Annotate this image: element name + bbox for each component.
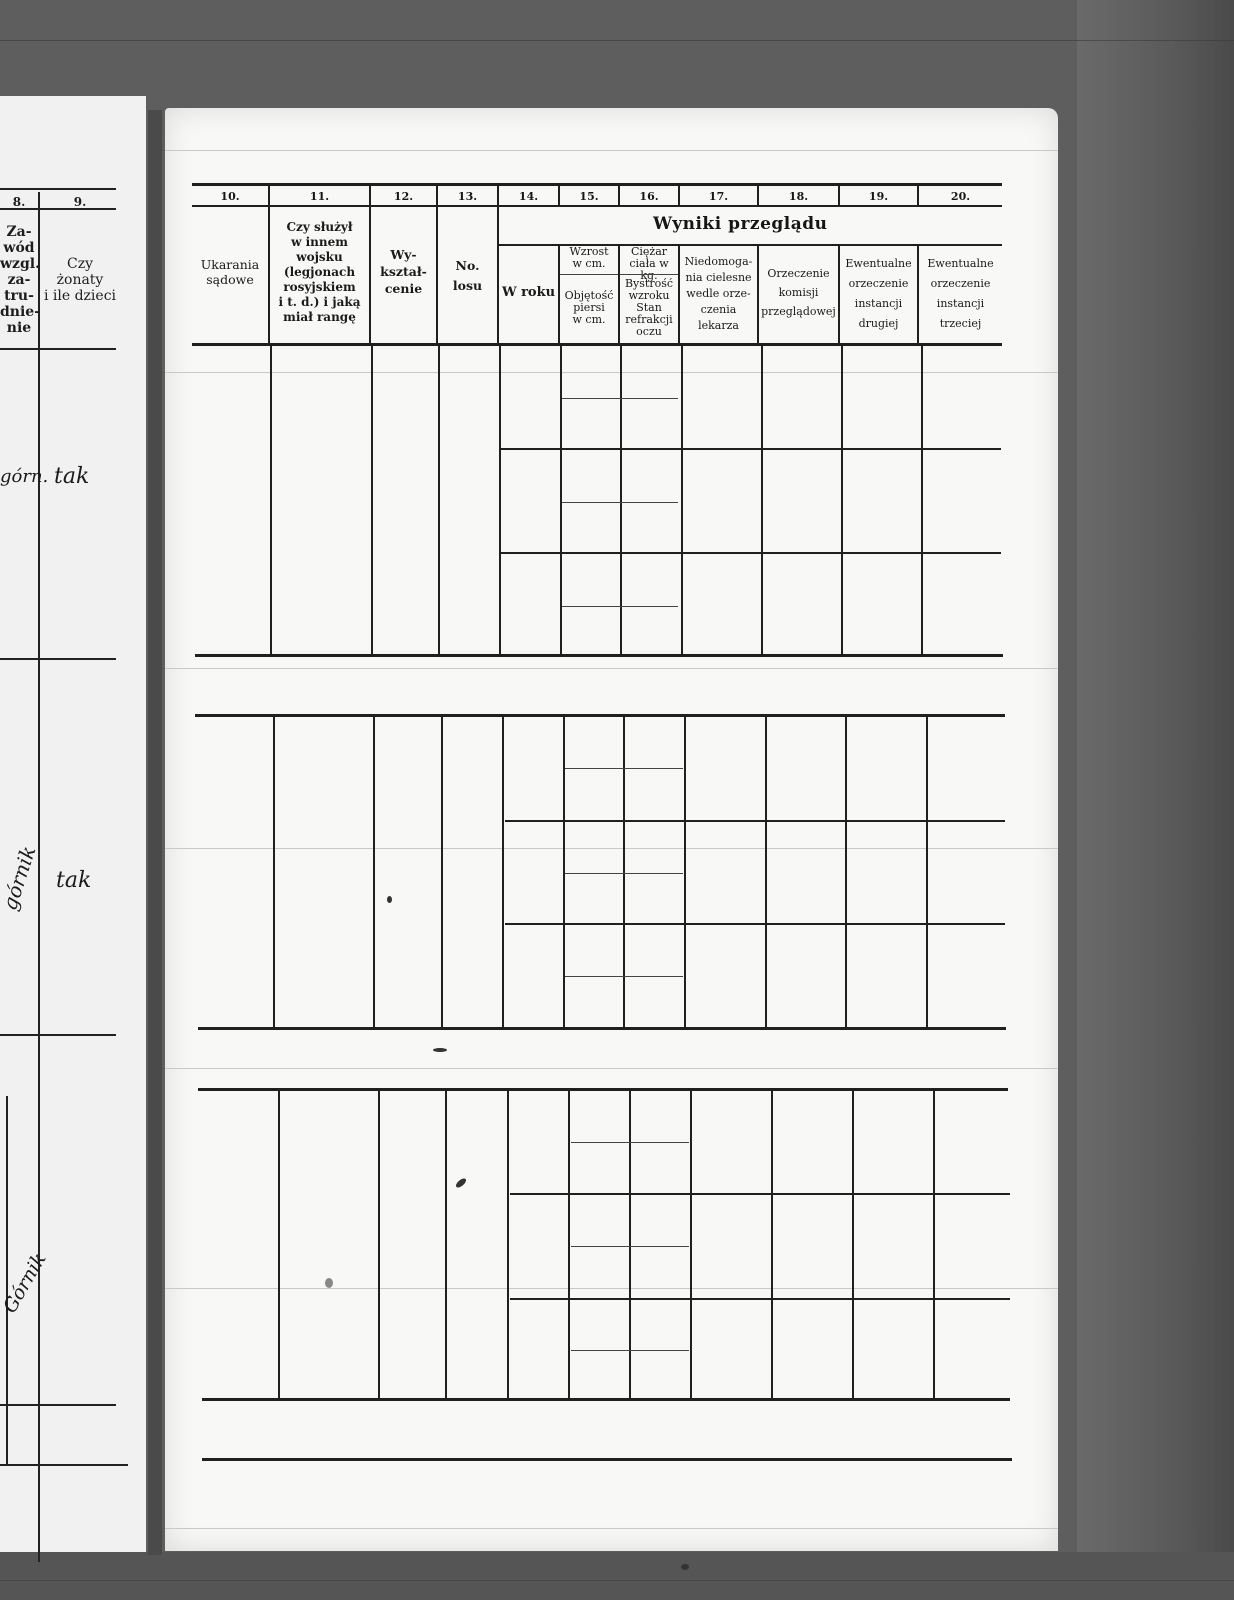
header-top-rule [192,183,1002,186]
scanner-background-right [1077,0,1234,1600]
column-divider [499,346,501,654]
column-divider [852,1091,854,1399]
scan-line [0,40,1234,41]
column-number-12: 12. [371,190,436,204]
record-separator-rule [202,1398,1010,1401]
sub-row-rule [562,398,678,399]
column-divider [568,1091,570,1399]
sub-row-rule [571,1246,689,1247]
column-divider [497,186,499,346]
sub-row-rule [510,1193,1010,1195]
scan-line [0,1580,1234,1581]
column-header-occupation: Za- wód wzgl. za- tru- dnie- nie [0,224,38,336]
column-divider [933,1091,935,1399]
sub-row-rule [510,1298,1010,1300]
section-title: Wyniki przeglądu [653,214,828,234]
record-top-rule [198,1088,1008,1091]
column-number-20: 20. [919,190,1002,204]
ink-speck [325,1278,333,1288]
record-top-rule [195,714,1005,717]
guide-line [165,1528,1058,1529]
guide-line [165,372,1058,373]
column-divider [441,717,443,1027]
sub-row-rule [565,976,683,977]
rule [0,1464,128,1466]
column-header-married: Czy żonaty i ile dzieci [40,256,120,304]
column-divider [629,1091,631,1399]
record-separator-rule [198,1027,1006,1030]
column-header-second-instance: Ewentualne orzeczenie instancji drugiej [840,254,917,334]
scanner-background-bottom [0,1552,1234,1600]
column-divider [373,717,375,1027]
sub-row-rule [501,552,1001,554]
rule [0,348,116,350]
column-divider [507,1091,509,1399]
column-divider [38,192,40,1562]
rule [0,188,116,190]
column-header-eyesight: Bystrość wzroku Stan refrakcji oczu [620,278,678,338]
guide-line [165,848,1058,849]
sub-row-rule [565,873,683,874]
rule [0,1404,116,1406]
guide-line [165,668,1058,669]
guide-line [165,1068,1058,1069]
column-divider [765,717,767,1027]
column-header-third-instance: Ewentualne orzeczenie instancji trzeciej [919,254,1002,334]
guide-line [165,150,1058,151]
column-number-16: 16. [620,190,678,204]
column-divider [438,346,440,654]
sub-row-rule [505,923,1005,925]
sub-row-rule [501,448,1001,450]
column-number-11: 11. [270,190,369,204]
column-divider [684,717,686,1027]
column-header-court-penalties: Ukarania sądowe [192,258,268,287]
column-divider [623,717,625,1027]
handwritten-married: tak [56,868,91,893]
form-page: 10. 11. 12. 13. 14. 15. 16. 17. 18. 19. … [165,108,1058,1551]
column-header-lot-number: No. losu [438,256,497,296]
column-divider [681,346,683,654]
column-number-15: 15. [560,190,618,204]
column-divider [560,346,562,654]
column-divider [378,1091,380,1399]
column-header-commission-verdict: Orzeczenie komisji przeglądowej [759,264,838,321]
column-divider [690,1091,692,1399]
ink-speck [387,896,392,903]
book-spine [148,110,162,1555]
ink-speck [454,1177,467,1189]
column-number-8: 8. [0,194,38,210]
header-bottom-rule [192,343,1002,346]
column-divider [921,346,923,654]
column-number-rule [192,205,1002,207]
column-number-14: 14. [499,190,558,204]
column-divider [371,346,373,654]
column-divider [270,346,272,654]
sub-row-rule [562,502,678,503]
guide-line [165,1288,1058,1289]
column-divider [771,1091,773,1399]
column-header-height: Wzrost w cm. [560,246,618,270]
sub-row-rule [505,820,1005,822]
column-divider [761,346,763,654]
rule [0,658,116,660]
sub-row-rule [565,768,683,769]
column-divider [445,1091,447,1399]
column-divider [278,1091,280,1399]
column-number-10: 10. [192,190,268,204]
column-divider [273,717,275,1027]
left-page-strip: 8. 9. Za- wód wzgl. za- tru- dnie- nie C… [0,96,146,1552]
handwritten-married: tak [54,464,89,489]
sub-row-rule [571,1142,689,1143]
subheader-rule [620,274,678,275]
record-separator-rule [195,654,1003,657]
column-divider [6,1096,8,1466]
column-header-education: Wy- kształ- cenie [371,246,436,297]
sub-row-rule [571,1350,689,1351]
column-header-other-army-service: Czy służył w innem wojsku (legjonach ros… [270,220,369,325]
column-number-9: 9. [40,194,120,210]
column-divider [845,717,847,1027]
ink-speck [681,1564,689,1570]
bottom-rule [202,1458,1012,1461]
column-number-19: 19. [840,190,917,204]
handwritten-occupation: górnik [0,843,40,913]
column-divider [620,346,622,654]
column-number-18: 18. [759,190,838,204]
column-divider [841,346,843,654]
column-divider [563,717,565,1027]
ink-speck [433,1048,447,1052]
column-number-13: 13. [438,190,497,204]
column-divider [502,717,504,1027]
column-header-chest-volume: Objętość piersi w cm. [560,290,618,326]
handwritten-occupation: górn. [0,466,48,487]
sub-row-rule [562,606,678,607]
rule [0,1034,116,1036]
column-number-17: 17. [680,190,757,204]
column-header-year: W roku [499,286,558,301]
column-divider [926,717,928,1027]
column-header-physical-ailments: Niedomoga- nia cielesne wedle orze- czen… [680,254,757,334]
